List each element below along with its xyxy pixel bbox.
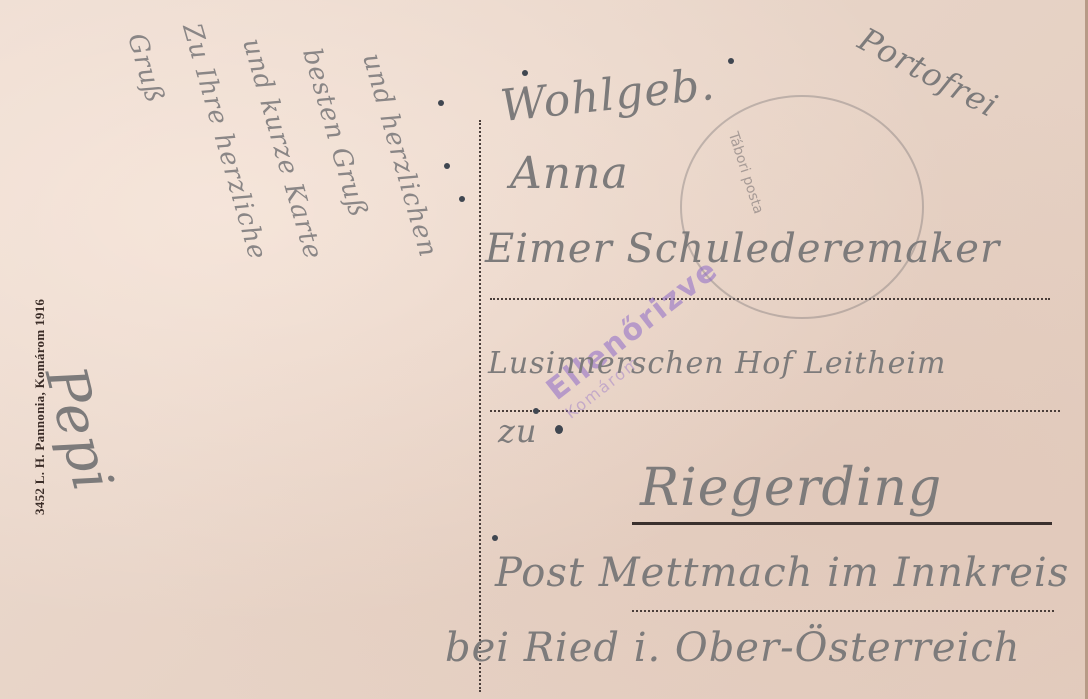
message-line-5: und herzlichen (356, 50, 443, 261)
postage-free-note: Portofrei (852, 20, 1004, 125)
ink-speck (459, 196, 465, 202)
ink-speck (728, 58, 734, 64)
address-first-name: Anna (510, 148, 629, 199)
address-line-underline (632, 522, 1052, 525)
ink-speck (522, 70, 528, 76)
message-line-1: Gruß (121, 30, 169, 107)
address-line-3 (632, 610, 1054, 612)
postcard-back: 3452 L. H. Pannonia, Komárom 1916 Tábori… (0, 0, 1088, 699)
address-village: Riegerding (640, 458, 942, 518)
ink-speck (492, 535, 498, 541)
ink-speck (533, 408, 539, 414)
address-farm: Lusinnerschen Hof Leitheim (488, 346, 946, 381)
center-divider (479, 120, 481, 692)
address-post-office: Post Mettmach im Innkreis (495, 550, 1069, 596)
ink-speck (555, 425, 563, 434)
address-preposition: zu (498, 412, 537, 450)
ink-speck (438, 100, 444, 106)
address-salutation: Wohlgeb. (498, 59, 718, 132)
ink-speck (444, 163, 450, 169)
address-region: bei Ried i. Ober-Österreich (445, 625, 1021, 671)
censor-stamp: Ellenőrizve Komárom (540, 252, 737, 423)
censor-stamp-text: Ellenőrizve (540, 252, 725, 408)
address-recipient-name: Eimer Schulederemaker (485, 226, 1000, 272)
